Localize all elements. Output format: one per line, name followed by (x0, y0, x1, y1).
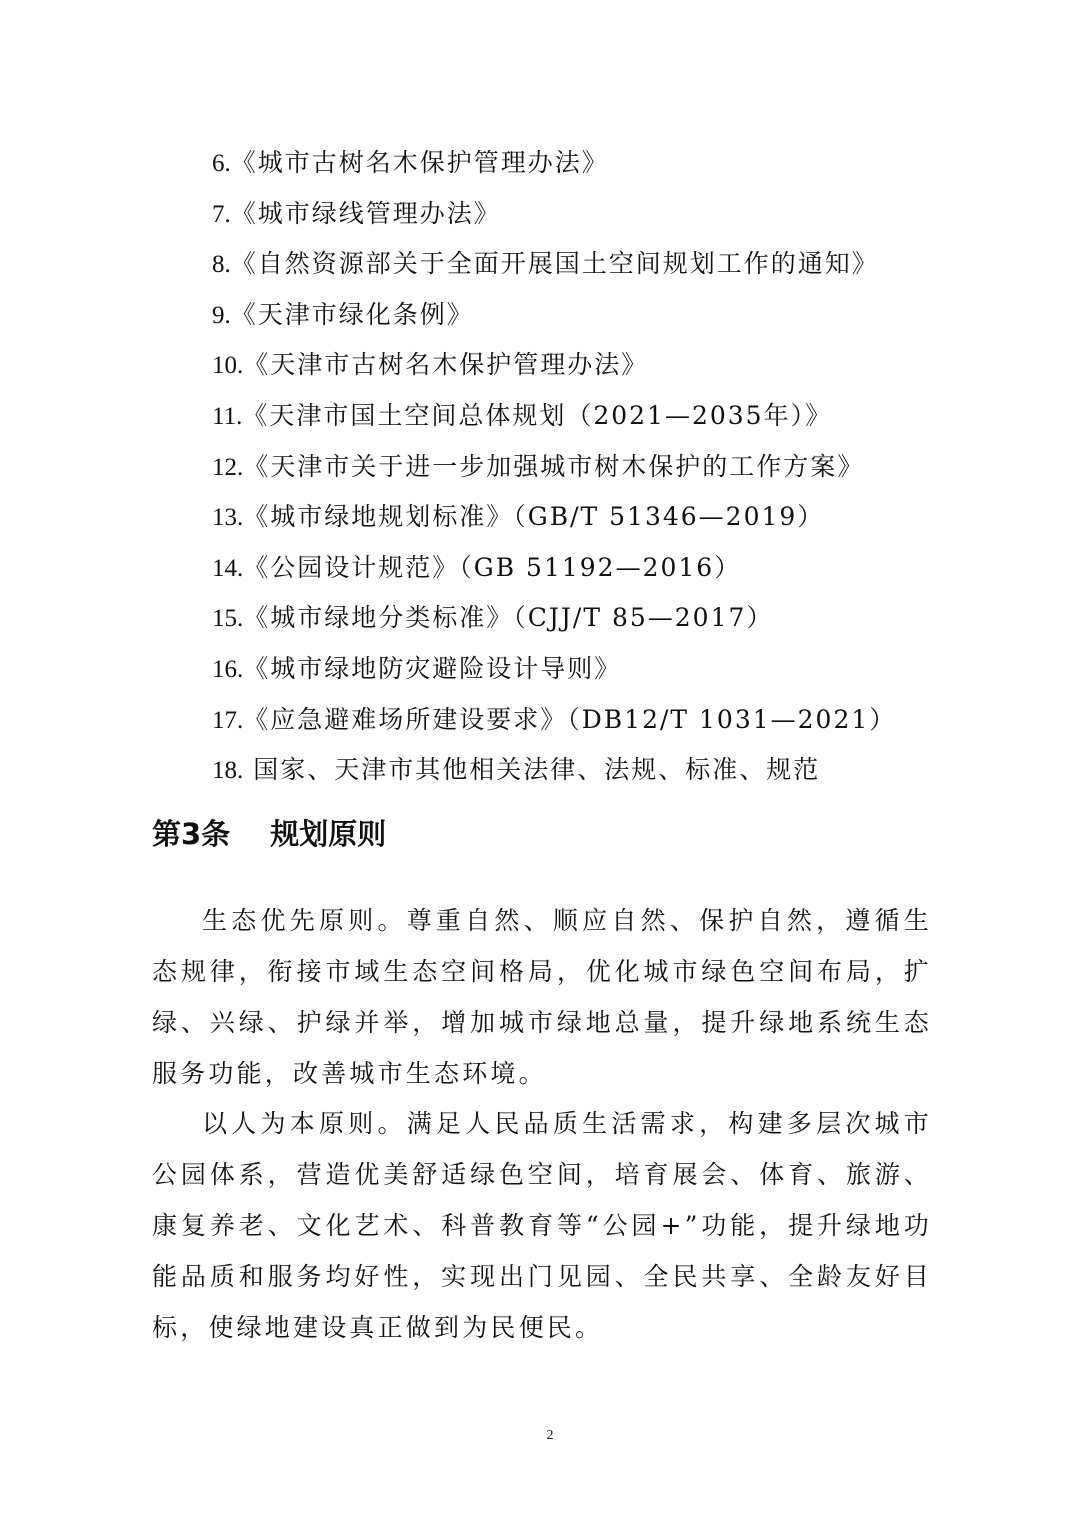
reference-item: 10.《天津市古树名木保护管理办法》 (212, 340, 896, 391)
reference-item: 7.《城市绿线管理办法》 (212, 189, 896, 240)
section-number: 第3条 (152, 817, 230, 851)
section-heading: 第3条规划原则 (152, 812, 386, 853)
reference-item: 17.《应急避难场所建设要求》（DB12/T 1031—2021） (212, 695, 896, 746)
paragraph-ecology-first: 生态优先原则。尊重自然、顺应自然、保护自然，遵循生态规律，衔接市域生态空间格局，… (152, 895, 932, 1099)
reference-item: 18. 国家、天津市其他相关法律、法规、标准、规范 (212, 745, 896, 796)
reference-text: 《城市绿地防灾避险设计导则》 (243, 654, 621, 683)
reference-item: 16.《城市绿地防灾避险设计导则》 (212, 644, 896, 695)
reference-item: 15.《城市绿地分类标准》（CJJ/T 85—2017） (212, 593, 896, 644)
reference-number: 16. (212, 656, 243, 683)
paragraph-people-oriented: 以人为本原则。满足人民品质生活需求，构建多层次城市公园体系，营造优美舒适绿色空间… (152, 1098, 932, 1353)
page-number: 2 (0, 1428, 1074, 1444)
reference-number: 7. (212, 201, 231, 228)
document-page: 6.《城市古树名木保护管理办法》 7.《城市绿线管理办法》 8.《自然资源部关于… (0, 0, 1074, 1520)
reference-text: 《应急避难场所建设要求》（DB12/T 1031—2021） (243, 705, 896, 734)
reference-text: 《天津市关于进一步加强城市树木保护的工作方案》 (243, 452, 864, 481)
reference-number: 14. (212, 555, 243, 582)
reference-item: 14.《公园设计规范》（GB 51192—2016） (212, 543, 896, 594)
reference-item: 9.《天津市绿化条例》 (212, 290, 896, 341)
reference-number: 15. (212, 605, 243, 632)
reference-text: 《城市绿地分类标准》（CJJ/T 85—2017） (243, 603, 773, 632)
reference-number: 13. (212, 504, 243, 531)
reference-text: 《公园设计规范》（GB 51192—2016） (243, 553, 741, 582)
reference-item: 13.《城市绿地规划标准》（GB/T 51346—2019） (212, 492, 896, 543)
reference-item: 11.《天津市国土空间总体规划（2021—2035年）》 (212, 391, 896, 442)
reference-number: 18. (212, 757, 243, 784)
reference-text: 《城市古树名木保护管理办法》 (231, 148, 609, 177)
reference-number: 12. (212, 454, 243, 481)
reference-text: 《天津市古树名木保护管理办法》 (243, 350, 648, 379)
reference-text: 《城市绿线管理办法》 (231, 199, 501, 228)
reference-number: 17. (212, 707, 243, 734)
reference-text: 《自然资源部关于全面开展国土空间规划工作的通知》 (231, 249, 879, 278)
reference-item: 12.《天津市关于进一步加强城市树木保护的工作方案》 (212, 442, 896, 493)
section-title: 规划原则 (270, 817, 386, 851)
reference-number: 10. (212, 352, 243, 379)
reference-text: 《天津市国土空间总体规划（2021—2035年）》 (242, 401, 832, 430)
reference-text: 《天津市绿化条例》 (231, 300, 474, 329)
reference-number: 8. (212, 251, 231, 278)
reference-number: 6. (212, 150, 231, 177)
reference-list: 6.《城市古树名木保护管理办法》 7.《城市绿线管理办法》 8.《自然资源部关于… (212, 138, 896, 796)
reference-number: 9. (212, 302, 231, 329)
reference-item: 6.《城市古树名木保护管理办法》 (212, 138, 896, 189)
reference-number: 11. (212, 403, 242, 430)
reference-text: 《城市绿地规划标准》（GB/T 51346—2019） (243, 502, 824, 531)
reference-text: 国家、天津市其他相关法律、法规、标准、规范 (243, 755, 820, 784)
reference-item: 8.《自然资源部关于全面开展国土空间规划工作的通知》 (212, 239, 896, 290)
